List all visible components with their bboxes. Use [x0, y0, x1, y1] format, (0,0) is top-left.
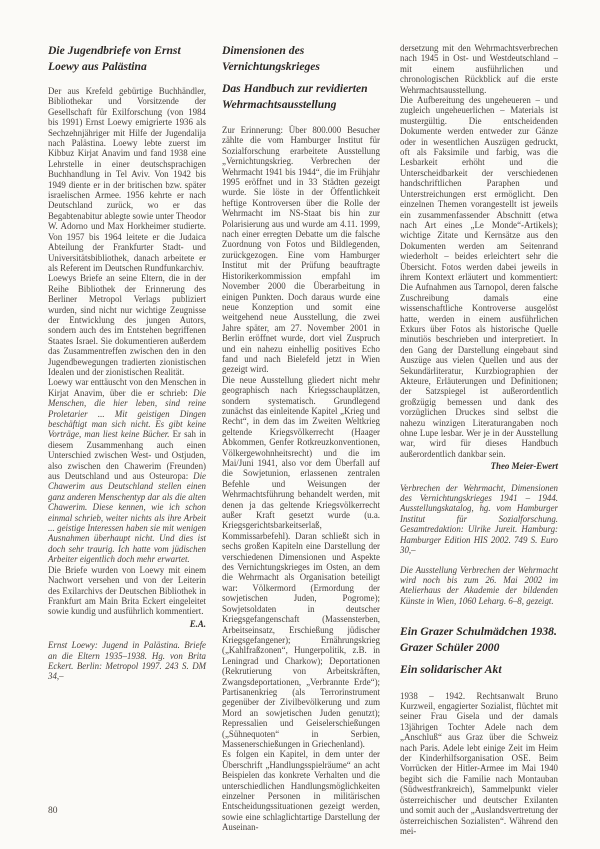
text-run: Loewy war enttäuscht von den Menschen in…: [48, 377, 206, 397]
paragraph: Die Briefe wurden von Loewy mit einem Na…: [48, 565, 206, 617]
article-title-wehrmacht: Dimensionen des Vernichtungskrieges: [222, 43, 380, 74]
reviewer-name: Theo Meier-Ewert: [400, 461, 558, 471]
exhibition-note: Die Ausstellung Verbrechen der Wehrmacht…: [400, 565, 558, 607]
article-title-grazer: Ein Grazer Schulmädchen 1938. Grazer Sch…: [400, 624, 558, 655]
column-left: Die Jugendbriefe von Ernst Loewy aus Pal…: [48, 43, 206, 682]
paragraph: Die Aufbereitung des ungeheueren – und z…: [400, 95, 558, 459]
paragraph: 1938 – 1942. Rechtsanwalt Bruno Kurzweil…: [400, 691, 558, 837]
article-title-loewy: Die Jugendbriefe von Ernst Loewy aus Pal…: [48, 43, 206, 74]
paragraph-continuation: dersetzung mit den Wehrmachtsverbrechen …: [400, 43, 558, 95]
catalog-citation-wehrmacht: Verbrechen der Wehrmacht, Dimensionen de…: [400, 483, 558, 556]
paragraph: Der aus Krefeld gebürtige Buchhändler, B…: [48, 86, 206, 273]
column-right: dersetzung mit den Wehrmachtsverbrechen …: [400, 43, 558, 836]
paragraph: Zur Erinnerung: Über 800.000 Besucher zä…: [222, 125, 380, 375]
paragraph: Loewys Briefe an seine Eltern, die in de…: [48, 273, 206, 377]
book-citation-loewy: Ernst Loewy: Jugend in Palästina. Briefe…: [48, 640, 206, 682]
paragraph: Die neue Ausstellung gliedert nicht mehr…: [222, 375, 380, 750]
page-number: 80: [48, 806, 58, 816]
paragraph: Es folgen ein Kapitel, in dem unter der …: [222, 749, 380, 832]
article-subtitle-wehrmacht: Das Handbuch zur revidierten Wehrmachtsa…: [222, 81, 380, 112]
journal-review-page: Die Jugendbriefe von Ernst Loewy aus Pal…: [0, 0, 600, 849]
column-middle: Dimensionen des Vernichtungskrieges Das …: [222, 43, 380, 833]
paragraph-with-quotes: Loewy war enttäuscht von den Menschen in…: [48, 377, 206, 564]
article-subtitle-grazer: Ein solidarischer Akt: [400, 662, 558, 678]
reviewer-initials: E.A.: [48, 619, 206, 629]
quoted-letter-excerpt: Die Chawerim aus Deutschland stellen ein…: [48, 471, 206, 564]
